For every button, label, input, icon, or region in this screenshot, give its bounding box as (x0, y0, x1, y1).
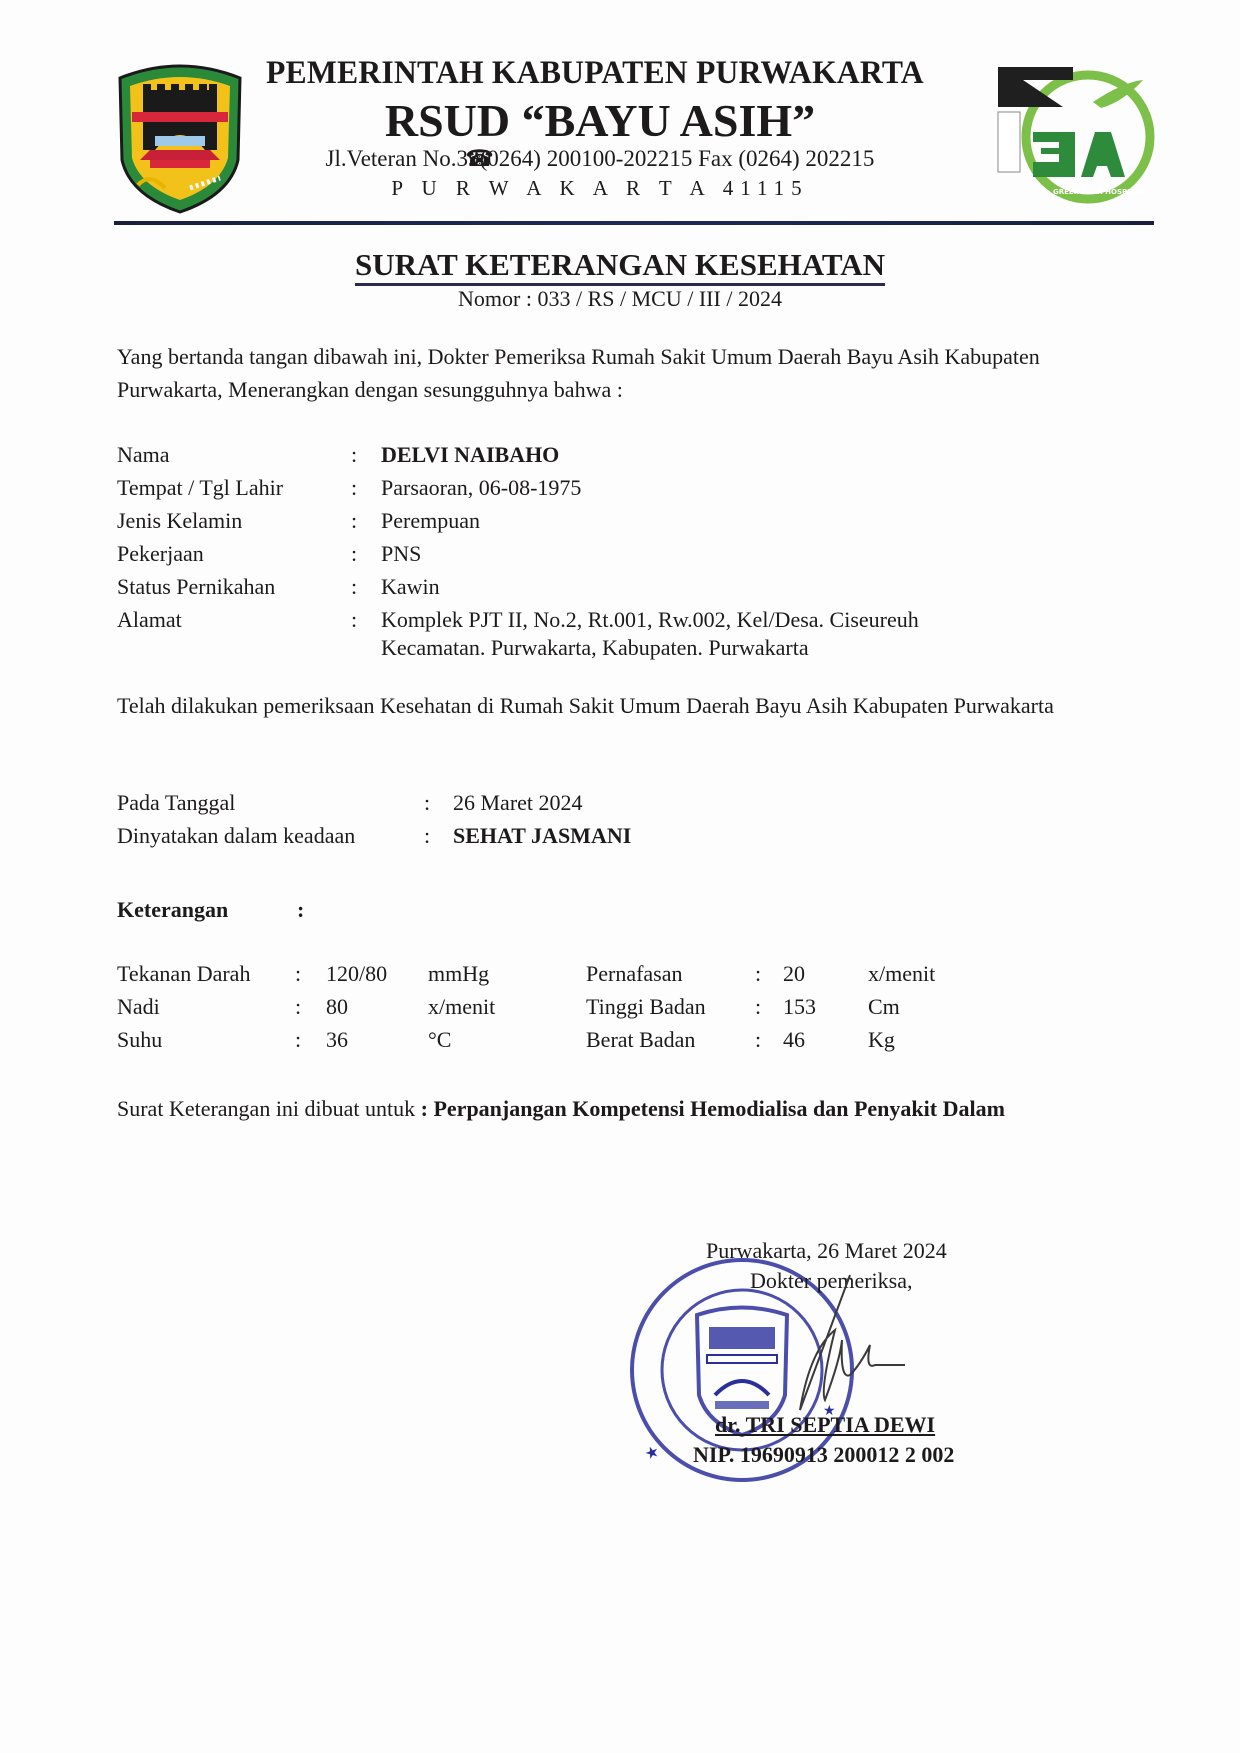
identity-label: Jenis Kelamin (117, 504, 242, 537)
identity-value: Perempuan (381, 504, 480, 537)
handwritten-signature (780, 1270, 920, 1430)
government-heading: PEMERINTAH KABUPATEN PURWAKARTA (266, 55, 924, 92)
vital-colon: : (295, 957, 301, 990)
vital-label: Suhu (117, 1023, 162, 1056)
identity-value: DELVI NAIBAHO (381, 438, 559, 471)
identity-label: Alamat (117, 603, 182, 636)
identity-label: Pekerjaan (117, 537, 204, 570)
vital-unit: mmHg (428, 957, 489, 990)
doctor-nip: NIP. 19690913 200012 2 002 (693, 1442, 954, 1468)
signature-place-date: Purwakarta, 26 Maret 2024 (706, 1238, 947, 1264)
vital-colon: : (295, 990, 301, 1023)
intro-paragraph: Yang bertanda tangan dibawah ini, Dokter… (117, 340, 1097, 406)
vital-colon: : (755, 1023, 761, 1056)
vital-value: 120/80 (326, 957, 387, 990)
header-divider (114, 221, 1154, 225)
vital-unit: x/menit (868, 957, 935, 990)
vital-value: 20 (783, 957, 805, 990)
vital-label: Nadi (117, 990, 160, 1023)
vital-unit: Kg (868, 1023, 895, 1056)
rsba-hospital-logo: GREEN PARK HOSPITAL (993, 62, 1155, 207)
vital-colon: : (755, 990, 761, 1023)
document-number: Nomor : 033 / RS / MCU / III / 2024 (0, 286, 1240, 312)
vital-label: Berat Badan (586, 1023, 695, 1056)
identity-label: Tempat / Tgl Lahir (117, 471, 283, 504)
vital-colon: : (295, 1023, 301, 1056)
identity-value: Parsaoran, 06-08-1975 (381, 471, 581, 504)
condition-label: Dinyatakan dalam keadaan (117, 819, 355, 852)
svg-text:GREEN PARK HOSPITAL: GREEN PARK HOSPITAL (1053, 188, 1144, 196)
vital-unit: Cm (868, 990, 900, 1023)
identity-label: Nama (117, 438, 170, 471)
notes-label: Keterangan (117, 893, 228, 926)
identity-value-line2: Kecamatan. Purwakarta, Kabupaten. Purwak… (381, 631, 809, 664)
identity-value: PNS (381, 537, 421, 570)
vital-value: 36 (326, 1023, 348, 1056)
vital-unit: x/menit (428, 990, 495, 1023)
vital-value: 46 (783, 1023, 805, 1056)
exam-date-value: 26 Maret 2024 (453, 786, 583, 819)
identity-label: Status Pernikahan (117, 570, 275, 603)
vital-label: Tinggi Badan (586, 990, 706, 1023)
doctor-name: dr. TRI SEPTIA DEWI (715, 1412, 935, 1438)
vital-label: Tekanan Darah (117, 957, 250, 990)
vital-unit: °C (428, 1023, 451, 1056)
identity-value: Kawin (381, 570, 440, 603)
vital-label: Pernafasan (586, 957, 683, 990)
purpose-value: : Perpanjangan Kompetensi Hemodialisa da… (421, 1096, 1005, 1121)
vital-colon: : (755, 957, 761, 990)
exam-date-label: Pada Tanggal (117, 786, 235, 819)
exam-statement: Telah dilakukan pemeriksaan Kesehatan di… (117, 689, 1092, 722)
vital-value: 153 (783, 990, 816, 1023)
condition-value: SEHAT JASMANI (453, 819, 631, 852)
purpose-paragraph: Surat Keterangan ini dibuat untuk : Perp… (117, 1092, 1092, 1125)
document-title: SURAT KETERANGAN KESEHATAN (0, 247, 1240, 286)
vital-value: 80 (326, 990, 348, 1023)
